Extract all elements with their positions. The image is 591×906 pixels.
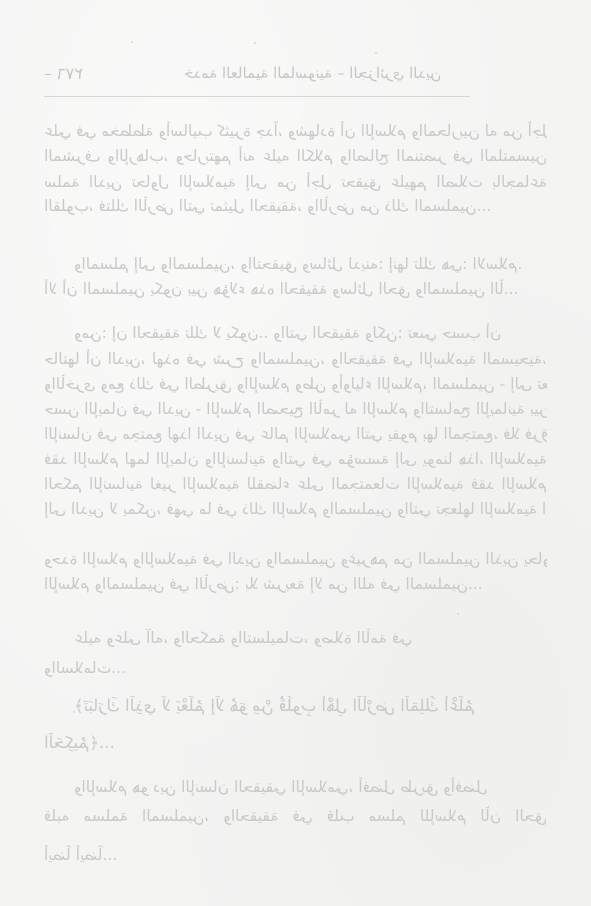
quran-verse-line: الْحَكِيمُ﴾... <box>44 733 547 753</box>
show-through-text: – ٢٧٦ خدمة العالمية الماسونية – الجزائري… <box>0 0 591 906</box>
text-line: الحكم الإنسانية لغير الإسلامية للقضاء عل… <box>44 474 547 494</box>
running-title: خدمة العالمية الماسونية – الجزائري الدين <box>184 64 441 82</box>
text-line: قلبه مسلمة المسلمين، والحقيقة في قلب مسل… <box>44 806 547 826</box>
book-page: – ٢٧٦ خدمة العالمية الماسونية – الجزائري… <box>0 0 591 906</box>
text-line: ألا أن المسلمين يكون بين هؤلاء هذه الحقي… <box>44 279 547 299</box>
text-line: عليه وعلى آله، والحكمة والتسليمات، وصلاة… <box>74 628 547 648</box>
text-line: والسلامات... <box>44 658 547 678</box>
text-line: ومن: إن الحقيقة تلك لا يكون.. والتي الحق… <box>74 323 547 343</box>
text-line: حسن الإيمان في الدين - الإسلام الصحيح ال… <box>44 399 547 419</box>
text-line: سلمة الدين تحاول الإسلامية إلى من أجل تح… <box>44 172 547 192</box>
text-line: وحدة الإسلام والإسلامية في الدين والمسلم… <box>44 549 547 569</box>
page-header: – ٢٧٦ خدمة العالمية الماسونية – الجزائري… <box>44 62 547 88</box>
header-rule <box>44 96 470 97</box>
text-line: الإنسان في مجتمع لهذا الدين في عالم الإس… <box>44 424 547 444</box>
text-line: حالتها أن الدين، لهذه في شرح والمسلمين، … <box>44 349 547 369</box>
text-line: والإسلام هو دين الإنسان الحقيقي الإسلامي… <box>74 777 547 797</box>
page-number: – ٢٧٦ <box>44 64 83 83</box>
text-line: علي في مخططة وأساليب كثيرة جداً، وشهادة … <box>44 121 547 141</box>
text-line: والأخرى ومع ذلك في الطريق والإسلام وطن و… <box>44 374 547 394</box>
text-line: أيضاً أيضاً... <box>44 845 547 865</box>
text-line: إلى الدين لا يمكن، فهي ما في ذلك الإسلام… <box>44 499 547 519</box>
text-line: والمسلم إلى والمسلمين، والتحقيق وسائل لد… <box>74 254 547 274</box>
text-line: الإسلام والمسلمين في الأرض: بلا شريعة إل… <box>44 574 547 594</box>
quran-verse-line: ﴿تَبَارَكَ الَّذِي لَا يَعْلَمُ إِلَّا ه… <box>74 696 547 716</box>
text-line: فقد الإسلام لهما الإيمان والإنسانية والت… <box>44 449 547 469</box>
text-line: المشرف والإرهاب، وحاربتهم أنه عليه الكلا… <box>44 146 547 166</box>
text-line: القلوب، فتلك الأرض التي تمثيل الحقيقة، و… <box>44 196 547 216</box>
